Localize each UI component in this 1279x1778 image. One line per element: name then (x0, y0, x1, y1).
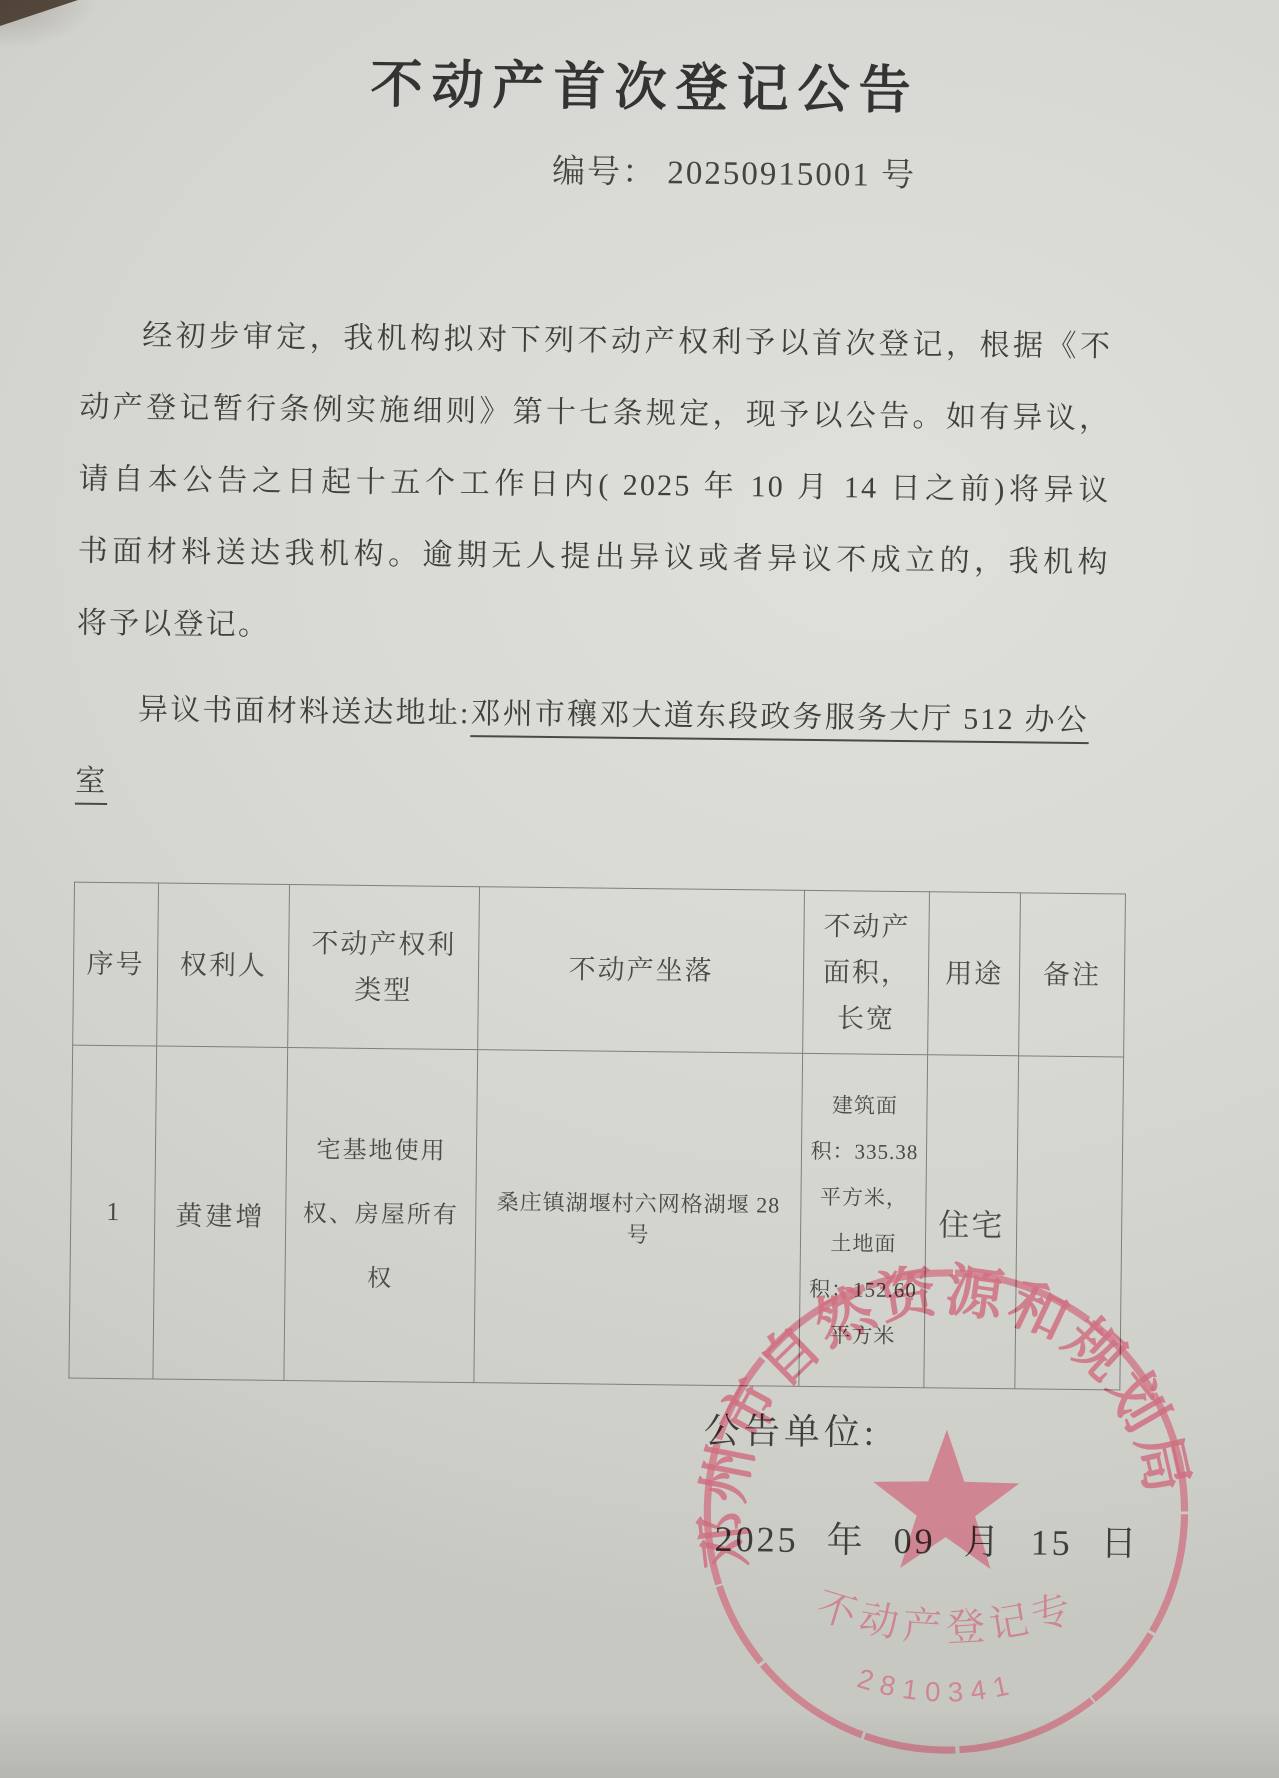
body-line: 动产登记暂行条例实施细则》第十七条规定，现予以公告。如有异议， (79, 372, 1112, 456)
address-paragraph: 异议书面材料送达地址:邓州市穰邓大道东段政务服务大厅 512 办公室 (75, 674, 1097, 830)
body-line: 书面材料送达我机构。逾期无人提出异议或者异议不成立的，我机构 (77, 516, 1110, 600)
header-location: 不动产坐落 (477, 887, 805, 1054)
header-owner: 权利人 (157, 883, 290, 1047)
header-seq: 序号 (73, 882, 159, 1046)
cell-seq: 1 (69, 1045, 157, 1379)
table-header-row: 序号 权利人 不动产权利类型 不动产坐落 不动产面积，长宽 用途 备注 (73, 882, 1126, 1057)
page-title: 不动产首次登记公告 (83, 46, 1208, 133)
cell-use: 住宅 (924, 1055, 1018, 1389)
body-line: 经初步审定，我机构拟对下列不动产权利予以首次登记，根据《不 (80, 300, 1113, 384)
body-line: 将予以登记。 (77, 588, 1110, 672)
date-line: 2025 年 09 月 15 日 (714, 1514, 1191, 1569)
cell-right-type: 宅基地使用权、房屋所有权 (284, 1048, 477, 1383)
body-paragraph: 经初步审定，我机构拟对下列不动产权利予以首次登记，根据《不 动产登记暂行条例实施… (77, 300, 1113, 672)
cell-location: 桑庄镇湖堰村六网格湖堰 28 号 (474, 1050, 804, 1387)
header-area: 不动产面积，长宽 (803, 890, 930, 1054)
address-prefix: 异议书面材料送达地址: (138, 693, 471, 730)
seal-number: 2810341 (854, 1662, 1020, 1708)
doc-number: 编号： 20250915001 号 (552, 147, 1207, 204)
body-line: 请自本公告之日起十五个工作日内( 2025 年 10 月 14 日之前)将异议 (78, 444, 1111, 528)
header-use: 用途 (928, 892, 1020, 1056)
cell-remark (1015, 1056, 1124, 1390)
cell-area: 建筑面积：335.38 平方米，土地面积：152.60 平方米 (799, 1053, 928, 1387)
cell-owner: 黄建增 (153, 1046, 288, 1380)
registration-table: 序号 权利人 不动产权利类型 不动产坐落 不动产面积，长宽 用途 备注 1 黄建… (68, 882, 1126, 1391)
table-row: 1 黄建增 宅基地使用权、房屋所有权 桑庄镇湖堰村六网格湖堰 28 号 建筑面积… (69, 1045, 1124, 1390)
document-photo: 不动产首次登记公告 编号： 20250915001 号 经初步审定，我机构拟对下… (0, 0, 1279, 1778)
announcement-sheet: 不动产首次登记公告 编号： 20250915001 号 经初步审定，我机构拟对下… (0, 0, 1279, 1778)
header-right-type: 不动产权利类型 (288, 885, 479, 1050)
issuer-label: 公告单位: (704, 1406, 1193, 1462)
header-remark: 备注 (1018, 893, 1125, 1057)
